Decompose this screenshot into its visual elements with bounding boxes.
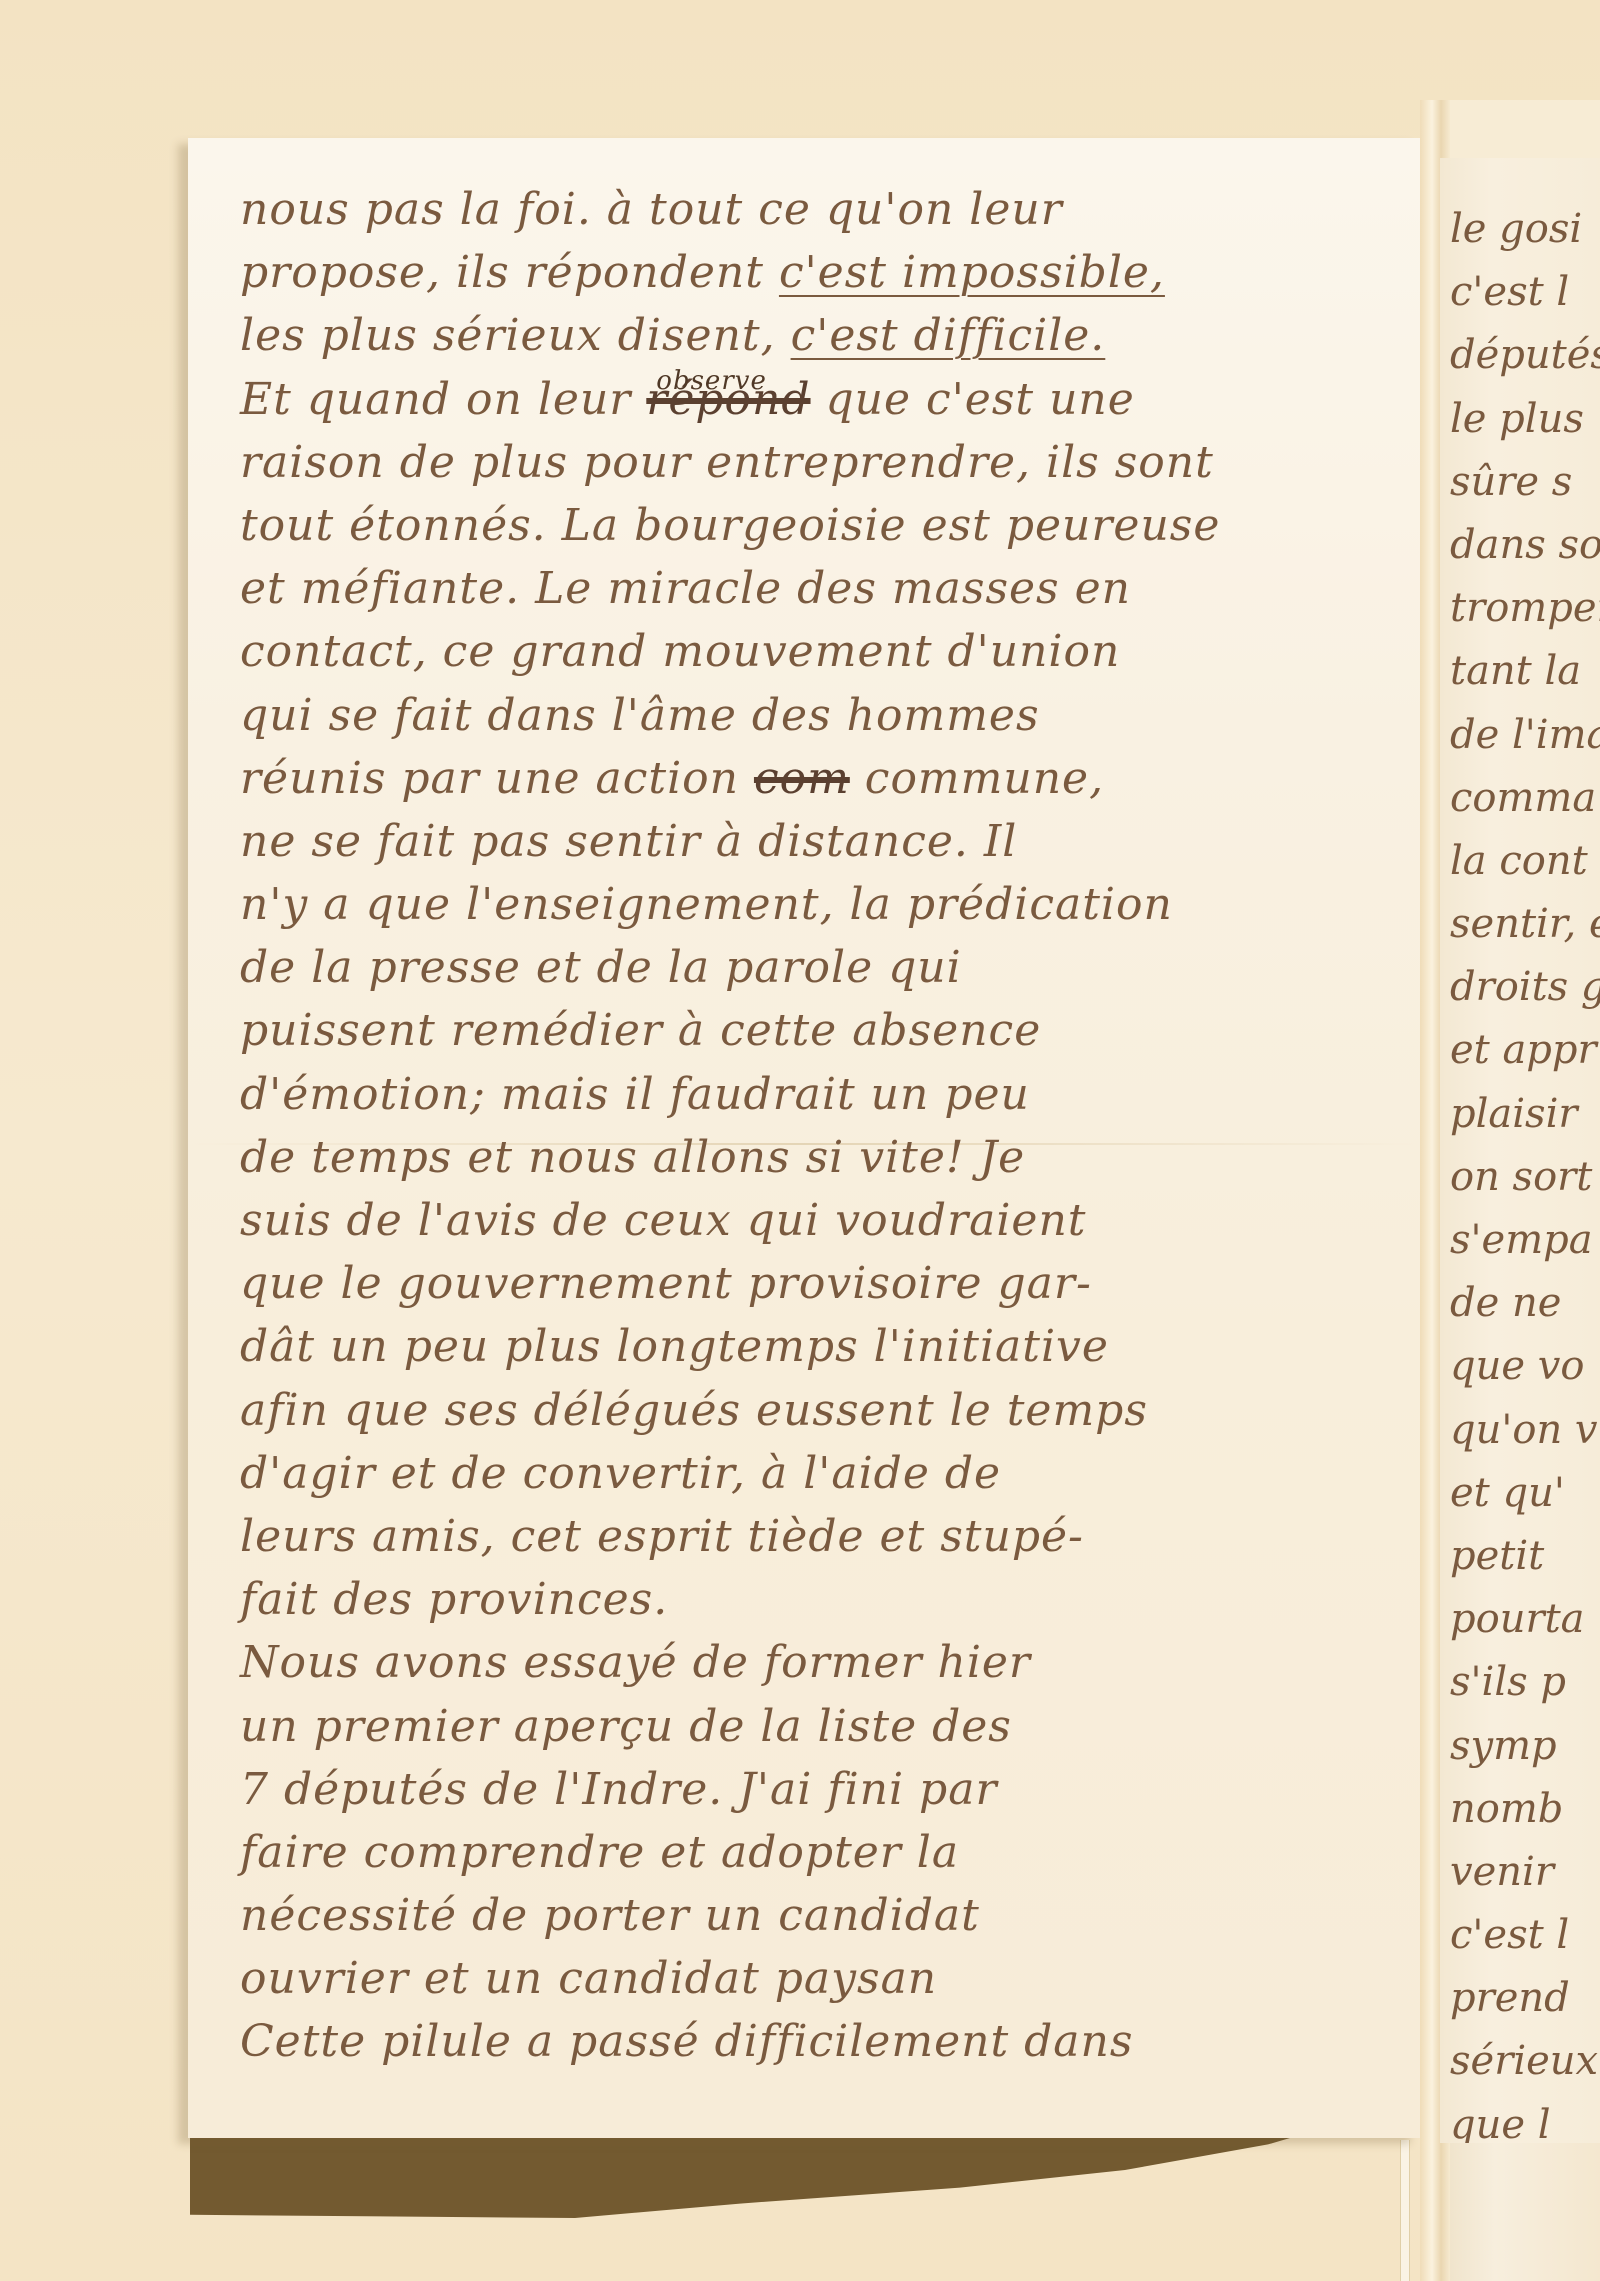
binding-top xyxy=(1450,100,1600,160)
backing-right xyxy=(1450,2143,1600,2281)
fragment-line: petit xyxy=(1450,1525,1600,1588)
text-line: faire comprendre et adopter la xyxy=(240,1821,1410,1884)
text-line: qui se fait dans l'âme des hommes xyxy=(240,684,1410,747)
text-line: d'émotion; mais il faudrait un peu xyxy=(240,1063,1410,1126)
text-line: propose, ils répondent c'est impossible, xyxy=(240,241,1410,304)
fragment-line: prend xyxy=(1450,1967,1600,2030)
fragment-line: nomb xyxy=(1450,1778,1600,1841)
text-line: de temps et nous allons si vite! Je xyxy=(240,1126,1410,1189)
fragment-line: de ne xyxy=(1450,1272,1600,1335)
text-line: n'y a que l'enseignement, la prédication xyxy=(240,873,1410,936)
text-segment: Et quand on leur xyxy=(240,374,646,425)
fragment-line: pourta xyxy=(1450,1588,1600,1651)
text-segment: que c'est une xyxy=(811,374,1135,425)
text-line: dât un peu plus longtemps l'initiative xyxy=(240,1315,1410,1378)
fragment-line: et appr xyxy=(1450,1019,1600,1082)
struck-word: com xyxy=(754,753,850,804)
fragment-line: dans son xyxy=(1450,514,1600,577)
text-line: contact, ce grand mouvement d'union xyxy=(240,620,1410,683)
text-line: nécessité de porter un candidat xyxy=(240,1884,1410,1947)
fragment-line: droits g xyxy=(1450,956,1600,1019)
fragment-line: s'ils p xyxy=(1450,1651,1600,1714)
text-line: réunis par une action com commune, xyxy=(240,747,1410,810)
text-line: raison de plus pour entreprendre, ils so… xyxy=(240,431,1410,494)
text-segment: propose, ils répondent xyxy=(240,247,779,298)
text-line: suis de l'avis de ceux qui voudraient xyxy=(240,1189,1410,1252)
underlined-phrase: c'est impossible, xyxy=(779,247,1165,298)
fragment-line: symp xyxy=(1450,1715,1600,1778)
text-line: ouvrier et un candidat paysan xyxy=(240,1947,1410,2010)
text-line: tout étonnés. La bourgeoisie est peureus… xyxy=(240,494,1410,557)
fragment-line: sérieux xyxy=(1450,2030,1600,2093)
fragment-line: le plus xyxy=(1450,388,1600,451)
underlined-phrase: c'est difficile. xyxy=(791,310,1106,361)
fragment-line: le gosi xyxy=(1450,198,1600,261)
fragment-line: on sort xyxy=(1450,1146,1600,1209)
fragment-line: c'est l xyxy=(1450,1904,1600,1967)
fragment-line: plaisir xyxy=(1450,1083,1600,1146)
fragment-line: que l xyxy=(1450,2094,1600,2143)
text-line: Et quand on leur observerépond que c'est… xyxy=(240,368,1410,431)
fragment-line: comma xyxy=(1450,767,1600,830)
adjacent-page-fragment: le gosic'est ldéputésle plussûre sdans s… xyxy=(1440,158,1600,2143)
text-line: puissent remédier à cette absence xyxy=(240,999,1410,1062)
text-line: les plus sérieux disent, c'est difficile… xyxy=(240,304,1410,367)
sheet-edges xyxy=(1400,2140,1410,2281)
text-line: nous pas la foi. à tout ce qu'on leur xyxy=(240,178,1410,241)
fragment-line: s'empa xyxy=(1450,1209,1600,1272)
text-segment: réunis par une action xyxy=(240,753,754,804)
fragment-line: la cont xyxy=(1450,830,1600,893)
text-line: que le gouvernement provisoire gar- xyxy=(240,1252,1410,1315)
handwritten-text-block: nous pas la foi. à tout ce qu'on leur pr… xyxy=(240,178,1410,2074)
text-line: Nous avons essayé de former hier xyxy=(240,1631,1410,1694)
text-line: 7 députés de l'Indre. J'ai fini par xyxy=(240,1758,1410,1821)
text-line: fait des provinces. xyxy=(240,1568,1410,1631)
fragment-line: sentir, e xyxy=(1450,893,1600,956)
text-line: un premier aperçu de la liste des xyxy=(240,1695,1410,1758)
fragment-line: tant la xyxy=(1450,640,1600,703)
fragment-line: députés xyxy=(1450,324,1600,387)
adjacent-page-text: le gosic'est ldéputésle plussûre sdans s… xyxy=(1450,198,1600,2143)
text-line: afin que ses délégués eussent le temps xyxy=(240,1379,1410,1442)
fragment-line: et qu' xyxy=(1450,1462,1600,1525)
interlinear-correction: observe xyxy=(656,350,767,413)
fragment-line: venir xyxy=(1450,1841,1600,1904)
text-segment: commune, xyxy=(850,753,1104,804)
text-line: leurs amis, cet esprit tiède et stupé- xyxy=(240,1505,1410,1568)
fragment-line: sûre s xyxy=(1450,451,1600,514)
fragment-line: de l'ima xyxy=(1450,704,1600,767)
text-line: et méfiante. Le miracle des masses en xyxy=(240,557,1410,620)
text-line: ne se fait pas sentir à distance. Il xyxy=(240,810,1410,873)
manuscript-page: nous pas la foi. à tout ce qu'on leur pr… xyxy=(188,138,1420,2138)
fragment-line: trompent xyxy=(1450,577,1600,640)
text-line: d'agir et de convertir, à l'aide de xyxy=(240,1442,1410,1505)
fragment-line: que vo xyxy=(1450,1335,1600,1398)
fragment-line: qu'on v xyxy=(1450,1399,1600,1462)
text-line: de la presse et de la parole qui xyxy=(240,936,1410,999)
text-line: Cette pilule a passé difficilement dans xyxy=(240,2010,1410,2073)
fragment-line: c'est l xyxy=(1450,261,1600,324)
